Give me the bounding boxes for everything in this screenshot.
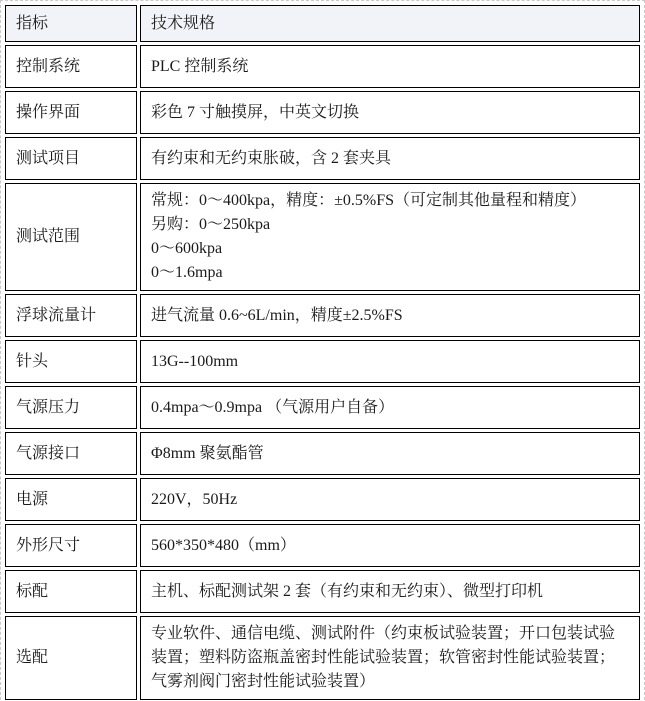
row-label: 气源接口 bbox=[5, 432, 137, 475]
value-line: Φ8mm 聚氨酯管 bbox=[151, 442, 629, 466]
row-label: 电源 bbox=[5, 478, 137, 521]
value-line: 另购：0～250kpa bbox=[151, 213, 629, 237]
row-label: 操作界面 bbox=[5, 91, 137, 134]
row-value: 220V，50Hz bbox=[140, 478, 640, 521]
table-row: 操作界面 彩色 7 寸触摸屏，中英文切换 bbox=[5, 91, 640, 134]
value-line: 专业软件、通信电缆、测试附件（约束板试验装置；开口包装试验装置；塑料防盗瓶盖密封… bbox=[151, 622, 629, 694]
table-row: 控制系统 PLC 控制系统 bbox=[5, 45, 640, 88]
value-line: 220V，50Hz bbox=[151, 488, 629, 512]
row-label: 测试项目 bbox=[5, 137, 137, 180]
row-label: 选配 bbox=[5, 616, 137, 700]
table-row: 浮球流量计 进气流量 0.6~6L/min，精度±2.5%FS bbox=[5, 294, 640, 337]
row-value: 有约束和无约束胀破，含 2 套夹具 bbox=[140, 137, 640, 180]
row-value: 主机、标配测试架 2 套（有约束和无约束）、微型打印机 bbox=[140, 570, 640, 613]
spec-table: 指标 技术规格 控制系统 PLC 控制系统 操作界面 彩色 7 寸触摸屏，中英文… bbox=[2, 2, 643, 701]
table-row: 测试范围 常规：0～400kpa，精度：±0.5%FS（可定制其他量程和精度）另… bbox=[5, 183, 640, 291]
page: 指标 技术规格 控制系统 PLC 控制系统 操作界面 彩色 7 寸触摸屏，中英文… bbox=[0, 0, 645, 701]
value-line: 560*350*480（mm） bbox=[151, 534, 629, 558]
row-value: PLC 控制系统 bbox=[140, 45, 640, 88]
row-value: 进气流量 0.6~6L/min，精度±2.5%FS bbox=[140, 294, 640, 337]
table-row: 针头 13G--100mm bbox=[5, 340, 640, 383]
table-row: 选配 专业软件、通信电缆、测试附件（约束板试验装置；开口包装试验装置；塑料防盗瓶… bbox=[5, 616, 640, 700]
value-line: 主机、标配测试架 2 套（有约束和无约束）、微型打印机 bbox=[151, 580, 629, 604]
table-row: 测试项目 有约束和无约束胀破，含 2 套夹具 bbox=[5, 137, 640, 180]
spec-table-frame: 指标 技术规格 控制系统 PLC 控制系统 操作界面 彩色 7 寸触摸屏，中英文… bbox=[0, 0, 645, 701]
table-row: 电源 220V，50Hz bbox=[5, 478, 640, 521]
row-value: Φ8mm 聚氨酯管 bbox=[140, 432, 640, 475]
value-line: 进气流量 0.6~6L/min，精度±2.5%FS bbox=[151, 304, 629, 328]
table-row: 气源压力 0.4mpa～0.9mpa （气源用户自备） bbox=[5, 386, 640, 429]
row-label: 浮球流量计 bbox=[5, 294, 137, 337]
row-label: 标配 bbox=[5, 570, 137, 613]
row-label: 控制系统 bbox=[5, 45, 137, 88]
row-value: 13G--100mm bbox=[140, 340, 640, 383]
row-value: 560*350*480（mm） bbox=[140, 524, 640, 567]
value-line: PLC 控制系统 bbox=[151, 55, 629, 79]
header-cell-indicator: 指标 bbox=[5, 5, 137, 42]
value-line: 常规：0～400kpa，精度：±0.5%FS（可定制其他量程和精度） bbox=[151, 189, 629, 213]
row-value: 0.4mpa～0.9mpa （气源用户自备） bbox=[140, 386, 640, 429]
header-cell-spec: 技术规格 bbox=[140, 5, 640, 42]
table-row: 气源接口 Φ8mm 聚氨酯管 bbox=[5, 432, 640, 475]
spec-table-body: 指标 技术规格 控制系统 PLC 控制系统 操作界面 彩色 7 寸触摸屏，中英文… bbox=[5, 5, 640, 700]
row-label: 外形尺寸 bbox=[5, 524, 137, 567]
value-line: 有约束和无约束胀破，含 2 套夹具 bbox=[151, 147, 629, 171]
value-line: 0.4mpa～0.9mpa （气源用户自备） bbox=[151, 396, 629, 420]
row-value: 彩色 7 寸触摸屏，中英文切换 bbox=[140, 91, 640, 134]
value-line: 0～600kpa bbox=[151, 237, 629, 261]
row-value: 常规：0～400kpa，精度：±0.5%FS（可定制其他量程和精度）另购：0～2… bbox=[140, 183, 640, 291]
table-header-row: 指标 技术规格 bbox=[5, 5, 640, 42]
value-line: 0～1.6mpa bbox=[151, 261, 629, 285]
row-label: 气源压力 bbox=[5, 386, 137, 429]
value-line: 13G--100mm bbox=[151, 350, 629, 374]
table-row: 标配 主机、标配测试架 2 套（有约束和无约束）、微型打印机 bbox=[5, 570, 640, 613]
row-label: 针头 bbox=[5, 340, 137, 383]
value-line: 彩色 7 寸触摸屏，中英文切换 bbox=[151, 101, 629, 125]
row-value: 专业软件、通信电缆、测试附件（约束板试验装置；开口包装试验装置；塑料防盗瓶盖密封… bbox=[140, 616, 640, 700]
row-label: 测试范围 bbox=[5, 183, 137, 291]
table-row: 外形尺寸 560*350*480（mm） bbox=[5, 524, 640, 567]
